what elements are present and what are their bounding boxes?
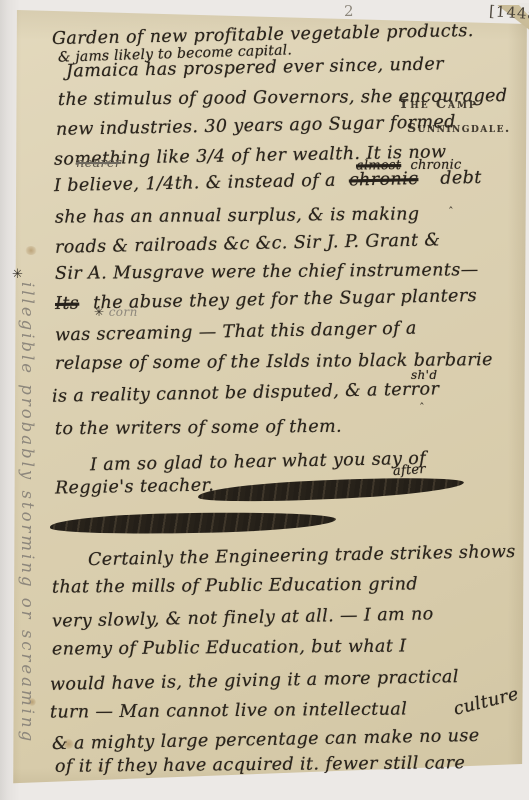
struck-interlineation: nearer bbox=[76, 156, 121, 171]
manuscript-line: Reggie's teacher. bbox=[55, 475, 215, 498]
manuscript-line: turn — Man cannot live on intellectual bbox=[50, 699, 407, 722]
manuscript-scan: 2 [144a] The Camp Sunningdale. Garden of… bbox=[0, 0, 529, 800]
corn-annotation: ✳ corn bbox=[94, 305, 138, 319]
margin-asterisk: ✳ bbox=[12, 267, 23, 282]
folio-mark: [144a] bbox=[488, 2, 529, 24]
manuscript-line: of it if they have acquired it. fewer st… bbox=[55, 753, 465, 777]
interlineation: after bbox=[393, 462, 427, 479]
vertical-margin-note: illegible probably storming or screaming bbox=[18, 282, 37, 744]
struck-word: Its bbox=[55, 294, 80, 314]
manuscript-line: Sir A. Musgrave were the chief instrumen… bbox=[55, 260, 479, 284]
manuscript-line: enemy of Public Education, but what I bbox=[52, 636, 407, 659]
page-number: 2 bbox=[344, 2, 354, 20]
line-text: debt bbox=[440, 168, 482, 189]
caret-mark: ‸ bbox=[449, 196, 453, 209]
asterisk-mark: ✳ bbox=[94, 305, 104, 319]
struck-word: chronic bbox=[349, 169, 419, 190]
pencil-word: corn bbox=[109, 305, 138, 319]
manuscript-line: she has an annual surplus, & is making bbox=[55, 204, 420, 227]
foxing-spot bbox=[25, 246, 37, 255]
manuscript-line: the stimulus of good Governors, she enco… bbox=[58, 86, 508, 110]
manuscript-line: that the mills of Public Education grind bbox=[52, 574, 418, 597]
manuscript-line: to the writers of some of them. bbox=[55, 417, 342, 440]
